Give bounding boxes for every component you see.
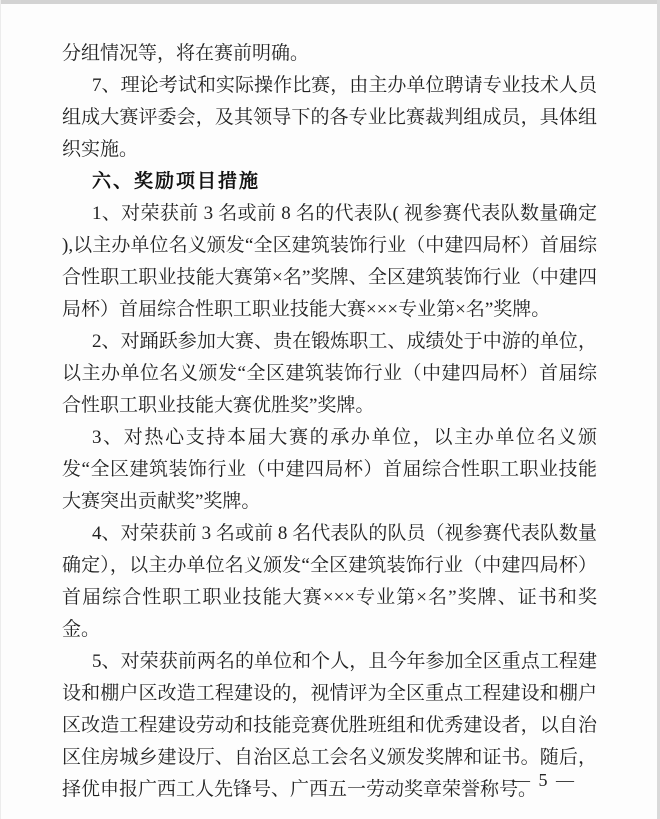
paragraph-award-2: 2、对踊跃参加大赛、贵在锻炼职工、成绩处于中游的单位，以主办单位名义颁发“全区建… (62, 326, 597, 422)
paragraph-award-3: 3、对热心支持本届大赛的承办单位，以主办单位名义颁发“全区建筑装饰行业（中建四局… (62, 422, 597, 518)
paragraph-item-7: 7、理论考试和实际操作比赛，由主办单位聘请专业技术人员组成大赛评委会，及其领导下… (62, 70, 597, 166)
scanned-document-page: 分组情况等，将在赛前明确。 7、理论考试和实际操作比赛，由主办单位聘请专业技术人… (0, 0, 660, 819)
paragraph-award-4: 4、对荣获前 3 名或前 8 名代表队的队员（视参赛代表队数量确定），以主办单位… (62, 518, 597, 646)
document-body: 分组情况等，将在赛前明确。 7、理论考试和实际操作比赛，由主办单位聘请专业技术人… (62, 38, 597, 806)
scan-edge-left (0, 0, 1, 819)
paragraph-continuation: 分组情况等，将在赛前明确。 (62, 38, 597, 70)
scan-edge-top (0, 0, 660, 4)
paragraph-award-1: 1、对荣获前 3 名或前 8 名的代表队( 视参赛代表队数量确定 ),以主办单位… (62, 198, 597, 326)
page-number: — 5 — (512, 770, 576, 791)
section-heading: 六、奖励项目措施 (62, 166, 597, 198)
